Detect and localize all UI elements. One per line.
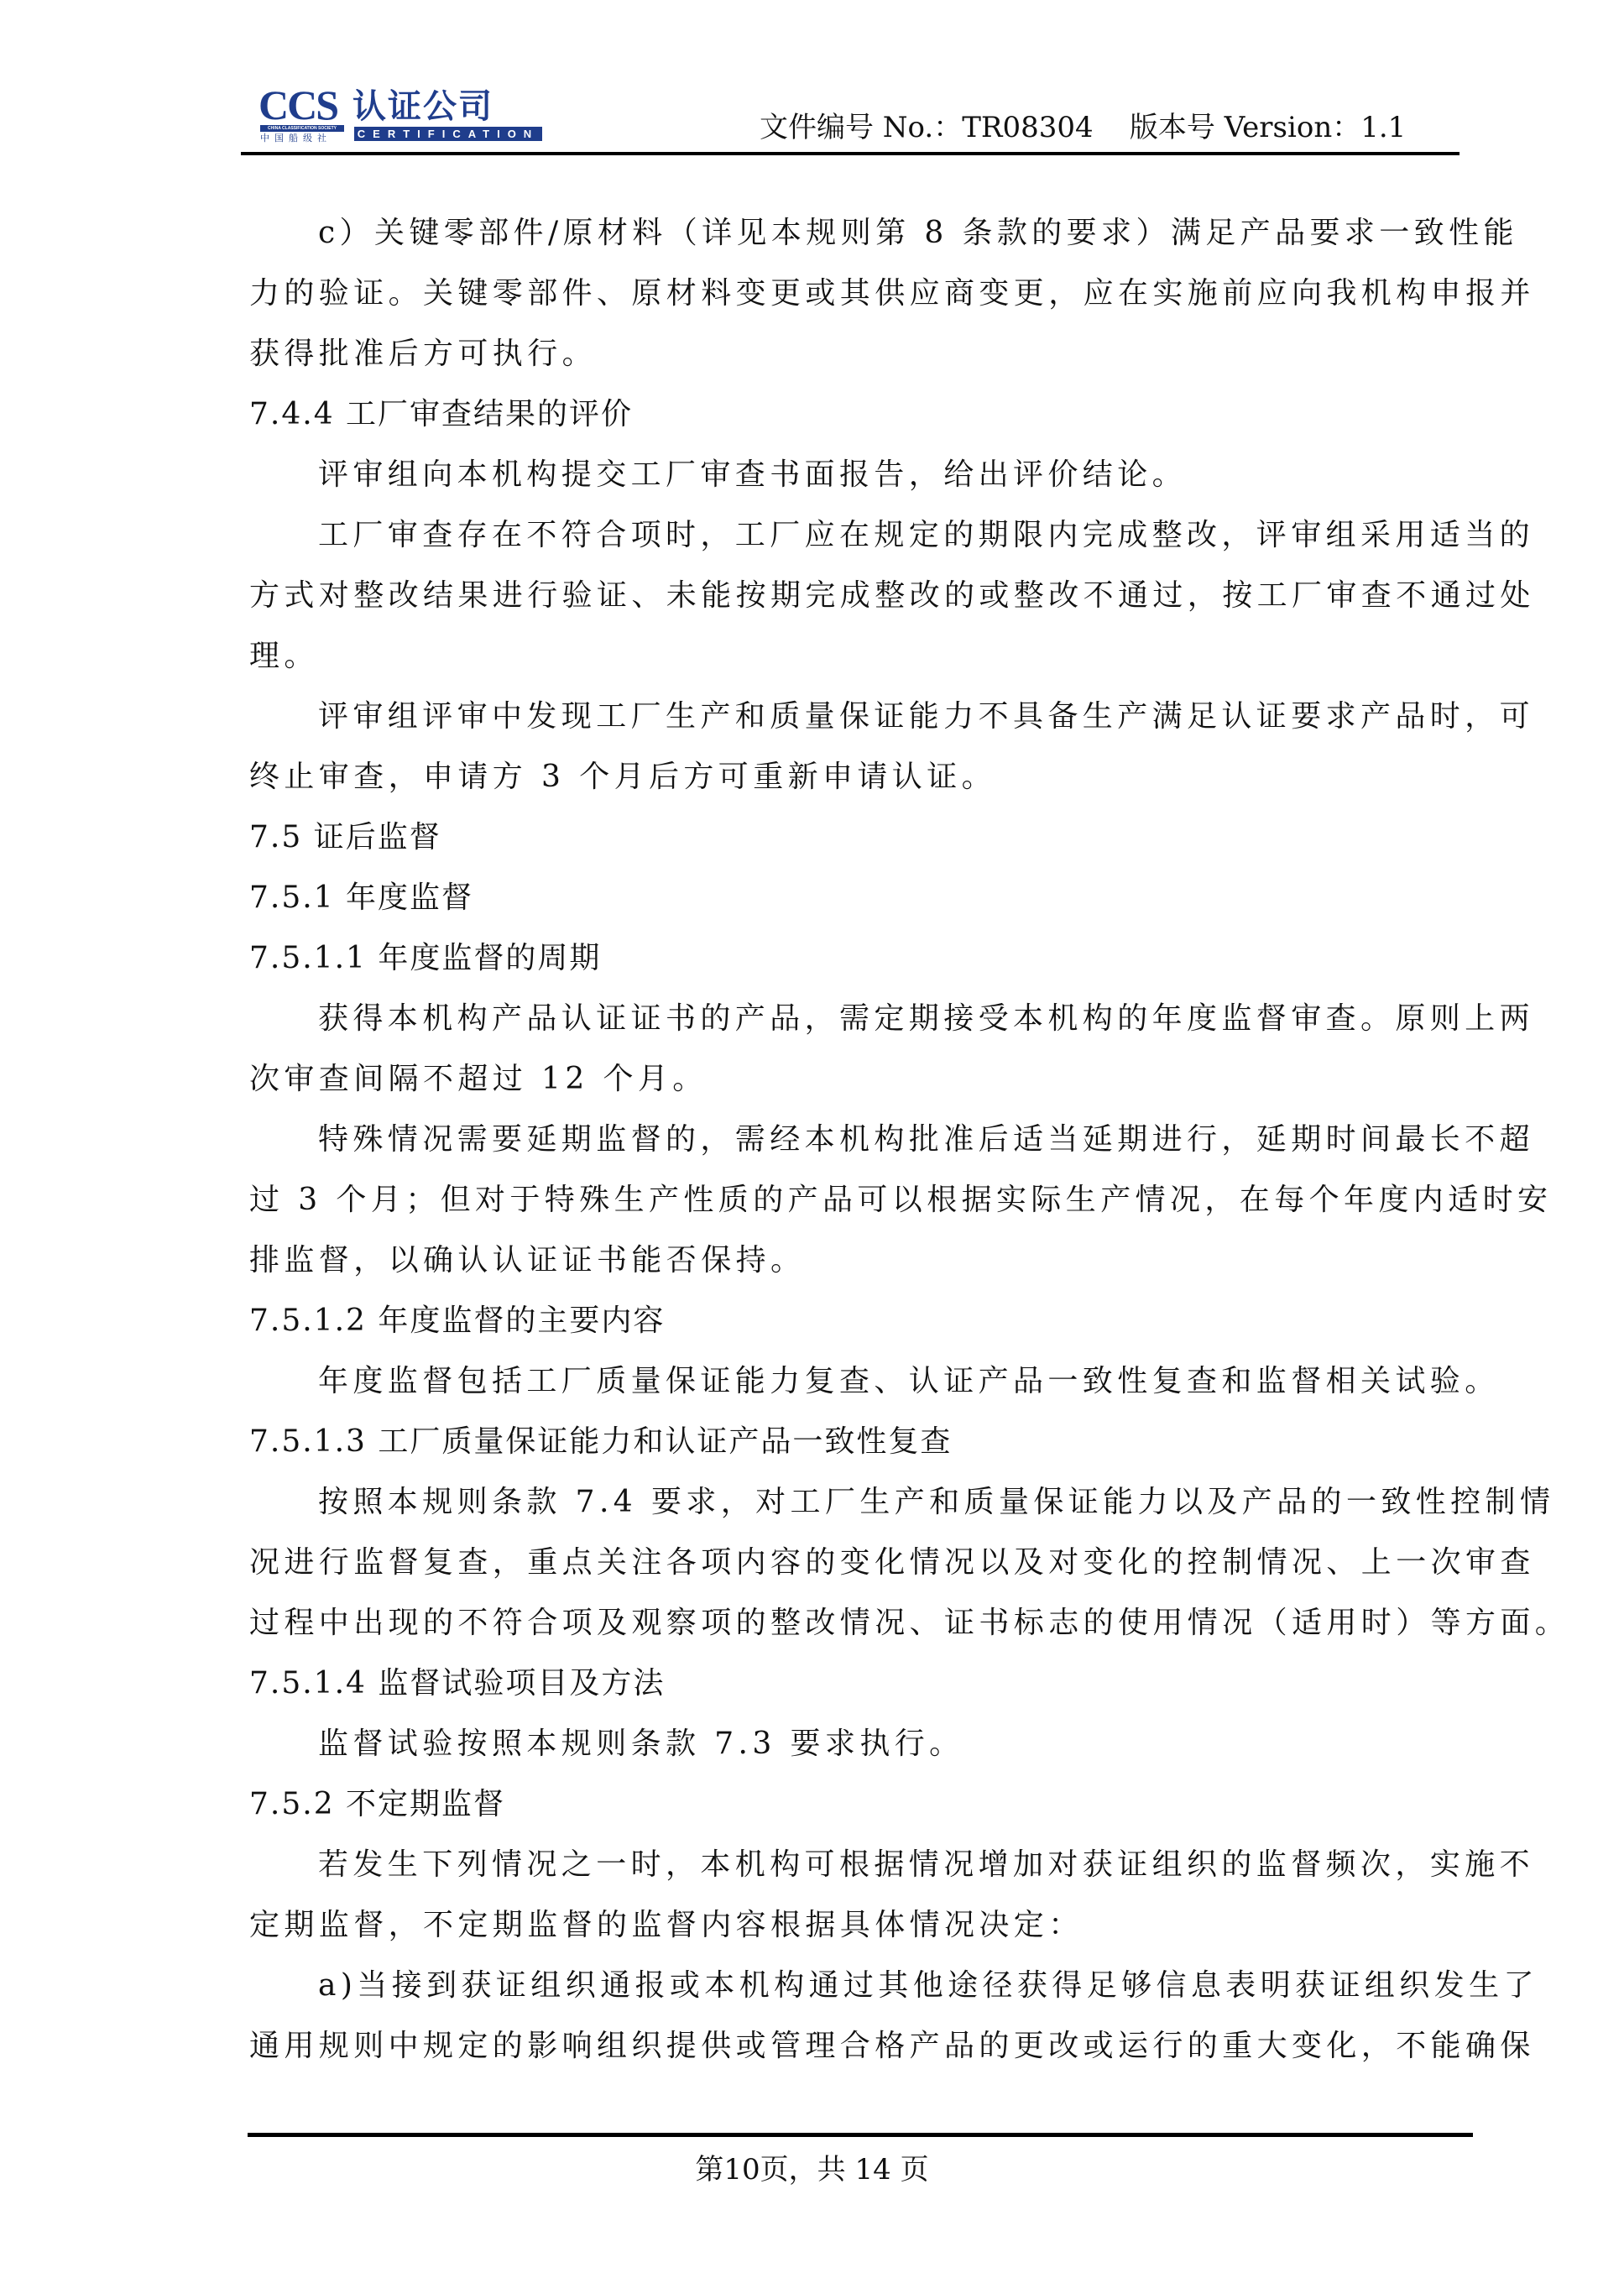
logo-certification-banner: CERTIFICATION xyxy=(354,127,542,141)
document-body: c）关键零部件/原材料（详见本规则第 8 条款的要求）满足产品要求一致性能力的验… xyxy=(249,213,1458,2087)
paragraph-line: 况进行监督复查，重点关注各项内容的变化情况以及对变化的控制情况、上一次审查 xyxy=(249,1543,1458,1603)
document-meta: 文件编号 No.：TR08304 版本号 Version：1.1 xyxy=(760,109,1406,146)
section-heading: 7.5.2 不定期监督 xyxy=(249,1784,1458,1845)
header-divider xyxy=(241,152,1460,155)
paragraph-line: c）关键零部件/原材料（详见本规则第 8 条款的要求）满足产品要求一致性能 xyxy=(249,213,1458,274)
logo-ccs-text: CCS xyxy=(258,86,337,123)
paragraph-line: 力的验证。关键零部件、原材料变更或其供应商变更，应在实施前应向我机构申报并 xyxy=(249,274,1458,334)
paragraph-line: 次审查间隔不超过 12 个月。 xyxy=(249,1059,1458,1120)
paragraph-line: 获得本机构产品认证证书的产品，需定期接受本机构的年度监督审查。原则上两 xyxy=(249,999,1458,1059)
footer-divider xyxy=(248,2133,1473,2137)
paragraph-line: 过 3 个月；但对于特殊生产性质的产品可以根据实际生产情况，在每个年度内适时安 xyxy=(249,1180,1458,1241)
paragraph-line: 方式对整改结果进行验证、未能按期完成整改的或整改不通过，按工厂审查不通过处 xyxy=(249,576,1458,636)
paragraph-line: 监督试验按照本规则条款 7.3 要求执行。 xyxy=(249,1724,1458,1784)
version-label: 版本号 Version： xyxy=(1130,111,1360,144)
section-heading: 7.5.1.2 年度监督的主要内容 xyxy=(249,1301,1458,1361)
paragraph-line: 评审组评审中发现工厂生产和质量保证能力不具备生产满足认证要求产品时，可 xyxy=(249,697,1458,757)
paragraph-line: 特殊情况需要延期监督的，需经本机构批准后适当延期进行，延期时间最长不超 xyxy=(249,1120,1458,1180)
paragraph-line: 定期监督，不定期监督的监督内容根据具体情况决定： xyxy=(249,1905,1458,1966)
paragraph-line: 获得批准后方可执行。 xyxy=(249,334,1458,394)
section-heading: 7.5.1.3 工厂质量保证能力和认证产品一致性复查 xyxy=(249,1422,1458,1482)
paragraph-line: 按照本规则条款 7.4 要求，对工厂生产和质量保证能力以及产品的一致性控制情 xyxy=(249,1482,1458,1543)
section-heading: 7.5.1.1 年度监督的周期 xyxy=(249,938,1458,999)
paragraph-line: 过程中出现的不符合项及观察项的整改情况、证书标志的使用情况（适用时）等方面。 xyxy=(249,1603,1458,1664)
logo-society-en: CHINA CLASSIFICATION SOCIETY xyxy=(260,125,344,132)
paragraph-line: 排监督，以确认认证证书能否保持。 xyxy=(249,1241,1458,1301)
paragraph-line: 终止审查，申请方 3 个月后方可重新申请认证。 xyxy=(249,757,1458,818)
version-number: 1.1 xyxy=(1360,111,1406,144)
doc-number-label: 文件编号 No.： xyxy=(760,111,962,144)
logo-society-cn: 中国船级社 xyxy=(260,133,332,144)
meta-spacer xyxy=(1094,111,1130,144)
paragraph-line: 理。 xyxy=(249,636,1458,697)
paragraph-line: 若发生下列情况之一时，本机构可根据情况增加对获证组织的监督频次，实施不 xyxy=(249,1845,1458,1905)
paragraph-line: 通用规则中规定的影响组织提供或管理合格产品的更改或运行的重大变化，不能确保 xyxy=(249,2026,1458,2087)
section-heading: 7.4.4 工厂审查结果的评价 xyxy=(249,394,1458,455)
ccs-certification-logo: CCS CHINA CLASSIFICATION SOCIETY 中国船级社 认… xyxy=(258,86,544,145)
section-heading: 7.5.1 年度监督 xyxy=(249,878,1458,938)
paragraph-line: 工厂审查存在不符合项时，工厂应在规定的期限内完成整改，评审组采用适当的 xyxy=(249,515,1458,576)
paragraph-line: a)当接到获证组织通报或本机构通过其他途径获得足够信息表明获证组织发生了 xyxy=(249,1966,1458,2026)
logo-company-cn: 认证公司 xyxy=(352,88,493,125)
section-heading: 7.5.1.4 监督试验项目及方法 xyxy=(249,1664,1458,1724)
paragraph-line: 评审组向本机构提交工厂审查书面报告，给出评价结论。 xyxy=(249,455,1458,515)
doc-number: TR08304 xyxy=(962,111,1093,144)
logo-ccs-letters: CCS xyxy=(258,81,337,128)
paragraph-line: 年度监督包括工厂质量保证能力复查、认证产品一致性复查和监督相关试验。 xyxy=(249,1361,1458,1422)
section-heading: 7.5 证后监督 xyxy=(249,818,1458,878)
page-number: 第10页，共 14 页 xyxy=(0,2151,1624,2188)
